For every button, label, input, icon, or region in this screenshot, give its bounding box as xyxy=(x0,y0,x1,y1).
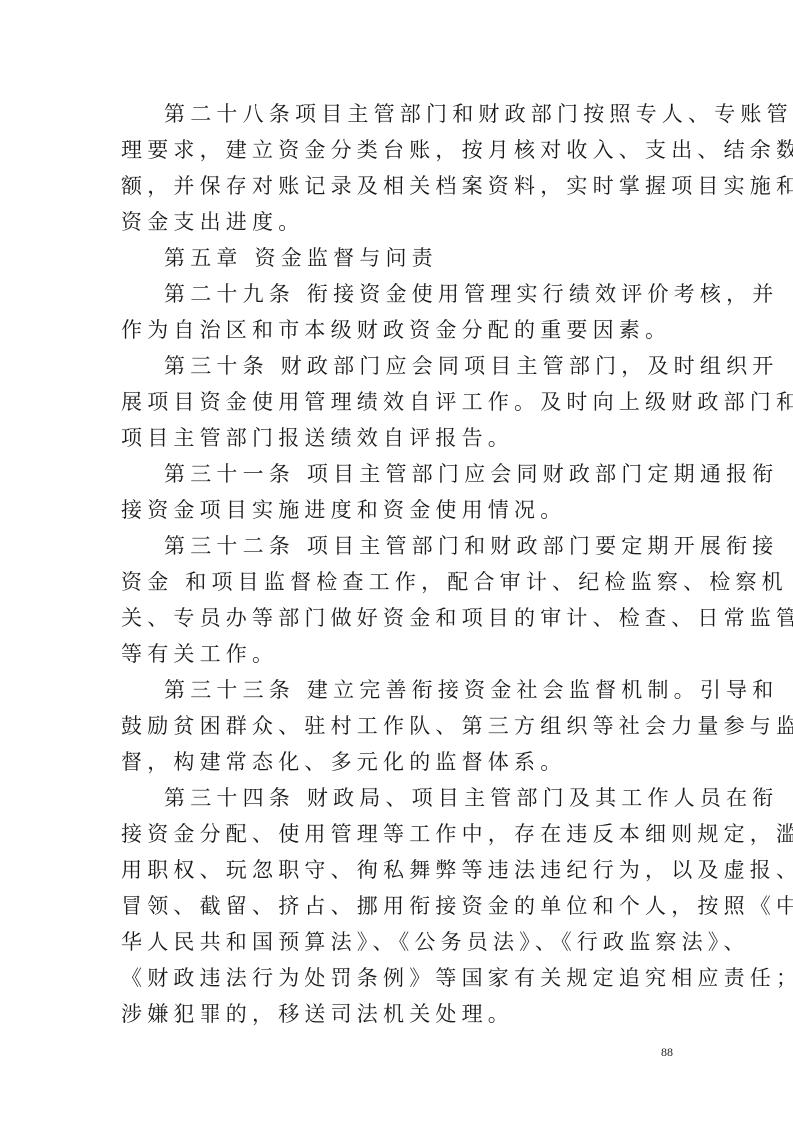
text-line: 华人民共和国预算法》、《公务员法》、《行政监察法》、 xyxy=(121,927,681,957)
text-line: 关、专员办等部门做好资金和项目的审计、检查、日常监管 xyxy=(121,603,681,633)
text-line: 第二十八条项目主管部门和财政部门按照专人、专账管 xyxy=(164,99,724,129)
text-line: 第二十九条 衔接资金使用管理实行绩效评价考核，并 xyxy=(164,279,724,309)
text-line: 资金支出进度。 xyxy=(121,207,681,237)
text-line: 项目主管部门报送绩效自评报告。 xyxy=(121,423,681,453)
text-line: 涉嫌犯罪的，移送司法机关处理。 xyxy=(121,999,681,1029)
text-line: 冒领、截留、挤占、挪用衔接资金的单位和个人，按照《中 xyxy=(121,891,681,921)
text-line: 第三十二条 项目主管部门和财政部门要定期开展衔接 xyxy=(164,531,724,561)
text-line: 展项目资金使用管理绩效自评工作。及时向上级财政部门和 xyxy=(121,387,681,417)
text-line: 督，构建常态化、多元化的监督体系。 xyxy=(121,747,681,777)
text-line: 第三十四条 财政局、项目主管部门及其工作人员在衔 xyxy=(164,783,724,813)
text-line: 理要求，建立资金分类台账，按月核对收入、支出、结余数 xyxy=(121,135,681,165)
text-line: 《财政违法行为处罚条例》等国家有关规定追究相应责任； xyxy=(121,963,681,993)
text-line: 第三十三条 建立完善衔接资金社会监督机制。引导和 xyxy=(164,675,724,705)
text-line: 额，并保存对账记录及相关档案资料，实时掌握项目实施和 xyxy=(121,171,681,201)
page-number: 88 xyxy=(661,1045,673,1060)
document-page: 第二十八条项目主管部门和财政部门按照专人、专账管 理要求，建立资金分类台账，按月… xyxy=(0,0,793,1122)
text-line: 接资金分配、使用管理等工作中，存在违反本细则规定，滥 xyxy=(121,819,681,849)
text-line: 等有关工作。 xyxy=(121,639,681,669)
text-line: 用职权、玩忽职守、徇私舞弊等违法违纪行为，以及虚报、 xyxy=(121,855,681,885)
text-line: 鼓励贫困群众、驻村工作队、第三方组织等社会力量参与监 xyxy=(121,711,681,741)
text-line: 资金 和项目监督检查工作，配合审计、纪检监察、检察机 xyxy=(121,567,681,597)
text-line: 第三十条 财政部门应会同项目主管部门，及时组织开 xyxy=(164,351,724,381)
text-line: 第三十一条 项目主管部门应会同财政部门定期通报衔 xyxy=(164,459,724,489)
chapter-heading: 第五章 资金监督与问责 xyxy=(164,243,724,273)
text-line: 接资金项目实施进度和资金使用情况。 xyxy=(121,495,681,525)
text-line: 作为自治区和市本级财政资金分配的重要因素。 xyxy=(121,315,681,345)
